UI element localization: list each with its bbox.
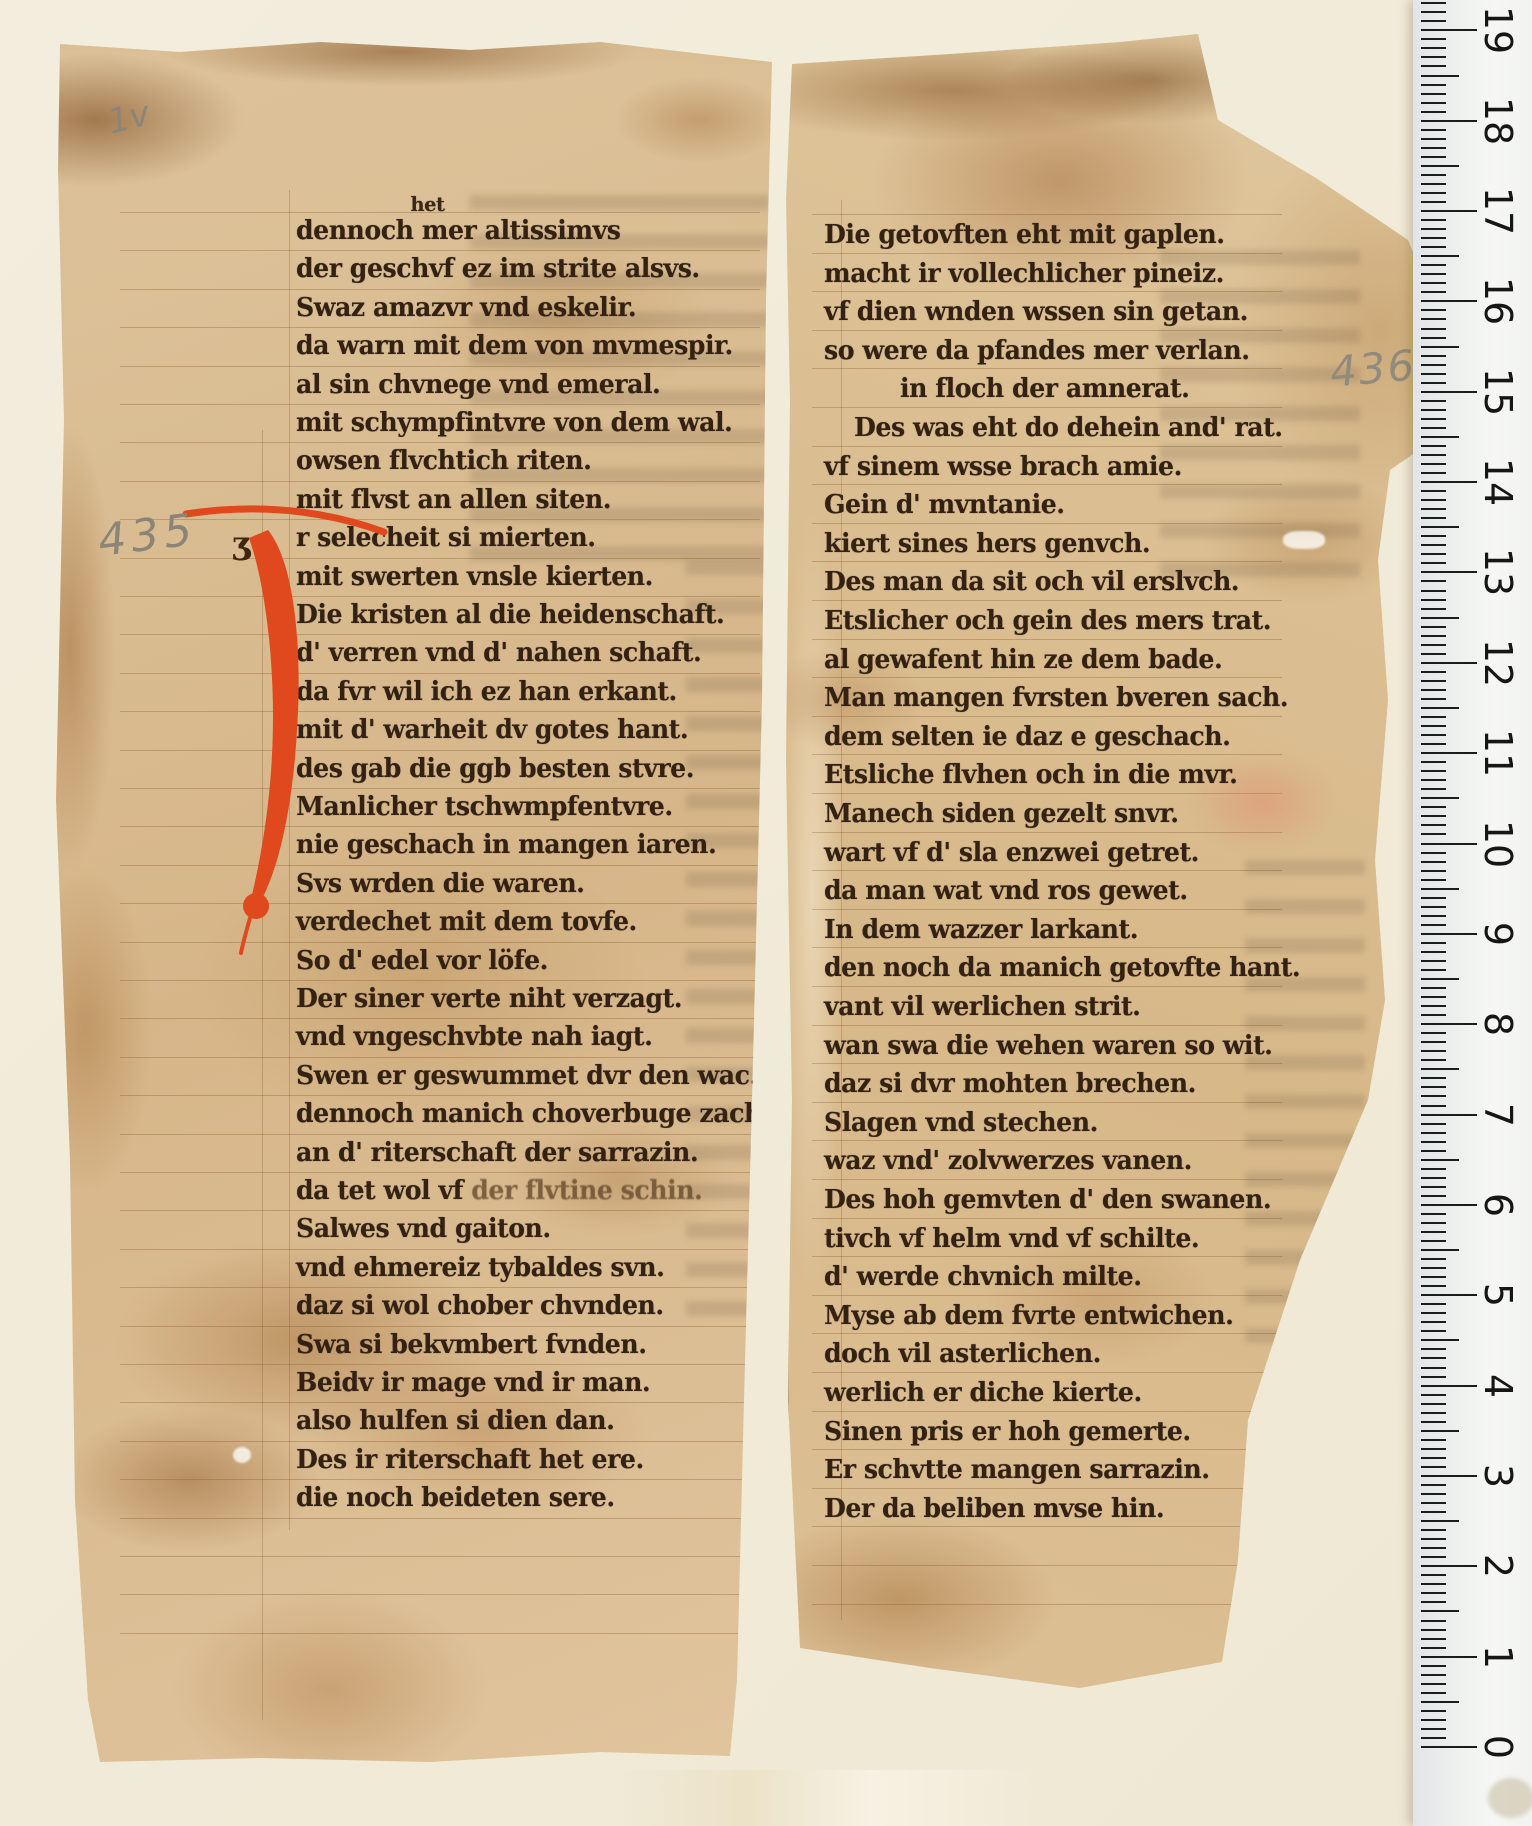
ruler-tick [1421, 156, 1446, 158]
ruler-tick [1421, 1086, 1446, 1088]
ruler-tick [1421, 337, 1446, 339]
ruler-tick [1421, 1448, 1446, 1450]
ruler-tick [1421, 1059, 1446, 1061]
ruler-tick [1421, 1231, 1446, 1233]
ruler-tick [1421, 996, 1446, 998]
ruler-tick [1421, 897, 1446, 899]
ruler-tick [1421, 400, 1446, 402]
ruler-tick [1421, 1330, 1446, 1332]
ruler-tick [1421, 192, 1446, 194]
ruler-tick [1421, 481, 1477, 483]
ruler-tick [1421, 1592, 1446, 1594]
ruler-tick [1421, 355, 1446, 357]
ruler-tick [1421, 1141, 1446, 1143]
ruler-tick [1421, 391, 1477, 393]
ruler-tick [1421, 924, 1446, 926]
ruler-tick [1421, 1746, 1477, 1748]
ruler-label: 4 [1476, 1363, 1520, 1409]
ruler-tick [1421, 590, 1446, 592]
ruler-tick [1421, 1457, 1446, 1459]
ruler-tick [1421, 1204, 1477, 1206]
ruler-tick [1421, 1529, 1446, 1531]
ruler-tick [1421, 1656, 1477, 1658]
ruler-tick [1421, 1105, 1446, 1107]
ruler-tick [1421, 291, 1446, 293]
ruler-tick [1421, 526, 1459, 528]
ruler-tick [1421, 1421, 1446, 1423]
ruler-tick [1421, 490, 1446, 492]
ruler-tick [1421, 138, 1446, 140]
ruler-tick [1421, 1394, 1446, 1396]
ruler-tick [1421, 1159, 1459, 1161]
ruler-tick [1421, 942, 1446, 944]
ruler-tick [1421, 635, 1446, 637]
ruler-tick [1421, 1547, 1446, 1549]
ruler-label: 10 [1476, 821, 1520, 867]
ruler-tick [1421, 1357, 1446, 1359]
ruler-tick [1421, 472, 1446, 474]
ruler-tick [1421, 129, 1446, 131]
ruler-tick [1421, 1249, 1459, 1251]
ruler-tick [1421, 653, 1446, 655]
ruler-tick [1421, 915, 1446, 917]
ruler-tick [1421, 1466, 1446, 1468]
ruler-tick [1421, 309, 1446, 311]
ruler-tick [1421, 1674, 1446, 1676]
ruler-tick [1421, 698, 1446, 700]
ruler-tick [1421, 1367, 1446, 1369]
ruler-tick [1421, 734, 1446, 736]
ruler-tick [1421, 1168, 1446, 1170]
ruler-tick [1421, 680, 1446, 682]
ruler-tick [1421, 373, 1446, 375]
ruler-tick [1421, 1610, 1459, 1612]
ruler-tick [1421, 644, 1446, 646]
ruler-tick [1421, 1177, 1446, 1179]
ruler-tick [1421, 436, 1459, 438]
ruler-tick [1421, 1186, 1446, 1188]
ruler-tick [1421, 201, 1446, 203]
ruler-label: 11 [1476, 730, 1520, 776]
measuring-ruler: 012345678910111213141516171819 [1413, 0, 1532, 1826]
ruler-tick [1421, 111, 1446, 113]
ruler-tick [1421, 870, 1446, 872]
ruler-tick [1421, 1484, 1446, 1486]
ruler-tick [1421, 517, 1446, 519]
ruler-tick [1421, 1556, 1446, 1558]
ruler-tick [1421, 328, 1446, 330]
mat-seam [620, 1770, 1040, 1826]
ruler-tick [1421, 580, 1446, 582]
ruler-tick [1421, 183, 1446, 185]
ruler-tick [1421, 1276, 1446, 1278]
ruler-tick [1421, 1701, 1459, 1703]
ruler-tick [1421, 662, 1477, 664]
ruler-tick [1421, 987, 1446, 989]
ruler-tick [1421, 84, 1446, 86]
ruler-tick [1421, 716, 1446, 718]
ruler-tick [1421, 770, 1446, 772]
ruler-label: 7 [1476, 1092, 1520, 1138]
ruler-tick [1421, 1213, 1446, 1215]
ruler-label: 3 [1476, 1453, 1520, 1499]
ruler-tick [1421, 1339, 1459, 1341]
ruler-label: 9 [1476, 911, 1520, 957]
ruler-tick [1421, 47, 1446, 49]
ruler-tick [1421, 815, 1446, 817]
ruler-tick [1421, 1412, 1446, 1414]
ruler-tick [1421, 1647, 1446, 1649]
ruler-tick [1421, 255, 1459, 257]
ruler-tick [1421, 544, 1446, 546]
ruler-tick [1421, 843, 1477, 845]
ruler-tick [1421, 888, 1459, 890]
ruler-label: 6 [1476, 1182, 1520, 1228]
ruler-tick [1421, 969, 1446, 971]
ruler-tick [1421, 93, 1446, 95]
ruler-tick [1421, 210, 1477, 212]
ruler-label: 12 [1476, 640, 1520, 686]
ruler-tick [1421, 1574, 1446, 1576]
ruler-tick [1421, 1620, 1446, 1622]
ruler-tick [1421, 445, 1446, 447]
ruler-label: 0 [1476, 1724, 1520, 1770]
ruler-tick [1421, 599, 1446, 601]
ruler-tick [1421, 1439, 1446, 1441]
ruler-tick [1421, 75, 1459, 77]
ruler-tick [1421, 1629, 1446, 1631]
ruler-tick [1421, 29, 1477, 31]
ruler-tick [1421, 318, 1446, 320]
ruler-tick [1421, 499, 1446, 501]
ruler-tick [1421, 219, 1446, 221]
ruler-tick [1421, 788, 1446, 790]
ruler-tick [1421, 1267, 1446, 1269]
ruler-tick [1421, 1023, 1477, 1025]
ruler-tick [1421, 1710, 1446, 1712]
ruler-tick [1421, 409, 1446, 411]
ruler-tick [1421, 1258, 1446, 1260]
ruler-label: 1 [1476, 1634, 1520, 1680]
ruler-label: 5 [1476, 1272, 1520, 1318]
ruler-tick [1421, 102, 1446, 104]
ruler-tick [1421, 779, 1446, 781]
ruler-tick [1421, 1665, 1446, 1667]
ruler-tick [1421, 1005, 1446, 1007]
ruler-label: 18 [1476, 98, 1520, 144]
ruler-tick [1421, 300, 1477, 302]
ruler-tick [1421, 743, 1446, 745]
ruler-tick [1421, 1150, 1446, 1152]
ruler-tick [1421, 65, 1446, 67]
ruler-tick [1421, 671, 1446, 673]
ruler-tick [1421, 1303, 1446, 1305]
ruler-label: 16 [1476, 278, 1520, 324]
ruler-tick [1421, 1132, 1446, 1134]
ruler-tick [1421, 418, 1446, 420]
ruler-tick [1421, 2, 1446, 4]
ruler-tick [1421, 553, 1446, 555]
ruler-label: 13 [1476, 549, 1520, 595]
ruler-tick [1421, 978, 1459, 980]
ruler-tick [1421, 228, 1446, 230]
ruler-tick [1421, 346, 1459, 348]
ruler-tick [1421, 806, 1446, 808]
ruler-tick [1421, 1123, 1446, 1125]
ruler-tick [1421, 1502, 1446, 1504]
ruler-tick [1421, 20, 1446, 22]
ruler-tick [1421, 1683, 1446, 1685]
ruler-tick [1421, 617, 1459, 619]
ruler-tick [1421, 1403, 1446, 1405]
ruler-tick [1421, 1294, 1477, 1296]
ruler-tick [1421, 1041, 1446, 1043]
ruler-tick [1421, 824, 1446, 826]
ruler-tick [1421, 761, 1446, 763]
ruler-tick [1421, 1376, 1446, 1378]
ruler-tick [1421, 752, 1477, 754]
ruler-tick [1421, 861, 1446, 863]
ruling-line [788, 1000, 789, 1630]
ruler-tick [1421, 1050, 1446, 1052]
ruler-tick [1421, 1493, 1446, 1495]
ruler-tick [1421, 427, 1446, 429]
ruler-tick [1421, 1321, 1446, 1323]
ruler-tick [1421, 1719, 1446, 1721]
ruler-tick [1421, 1728, 1446, 1730]
manuscript-photo: dennoch mer altissimvshetder geschvf ez … [0, 0, 1532, 1826]
ruler-tick [1421, 562, 1446, 564]
ruler-tick [1421, 879, 1446, 881]
ruler-tick [1421, 1095, 1446, 1097]
ruler-tick [1421, 833, 1446, 835]
ruler-tick [1421, 1312, 1446, 1314]
ruler-tick [1421, 1520, 1459, 1522]
ruler-tick [1421, 1385, 1477, 1387]
ruler-tick [1421, 960, 1446, 962]
ruler-tick [1421, 852, 1446, 854]
ruler-tick [1421, 535, 1446, 537]
ruler-tick [1421, 571, 1477, 573]
ruler-tick [1421, 608, 1446, 610]
ruler-tick [1421, 1430, 1459, 1432]
ruler-tick [1421, 1475, 1477, 1477]
ruler-tick [1421, 454, 1446, 456]
ruler-tick [1421, 463, 1446, 465]
ruler-tick [1421, 1285, 1446, 1287]
ruler-tick [1421, 174, 1446, 176]
ruler-hole [1488, 1778, 1532, 1818]
ruler-tick [1421, 264, 1446, 266]
ruler-tick [1421, 1538, 1446, 1540]
ruler-tick [1421, 120, 1477, 122]
ruler-tick [1421, 626, 1446, 628]
ruler-tick [1421, 707, 1459, 709]
ruler-tick [1421, 725, 1446, 727]
ruler-tick [1421, 951, 1446, 953]
ruler-tick [1421, 1601, 1446, 1603]
ruler-tick [1421, 1114, 1477, 1116]
ruler-tick [1421, 282, 1446, 284]
ruler-label: 19 [1476, 7, 1520, 53]
ruler-tick [1421, 1240, 1446, 1242]
ruler-tick [1421, 1638, 1446, 1640]
ruler-tick [1421, 147, 1446, 149]
ruler-tick [1421, 1583, 1446, 1585]
ruler-label: 2 [1476, 1543, 1520, 1589]
ruler-tick [1421, 1737, 1446, 1739]
ruler-tick [1421, 1032, 1446, 1034]
ruler-tick [1421, 273, 1446, 275]
ruler-tick [1421, 689, 1446, 691]
ruler-tick [1421, 906, 1446, 908]
ruler-tick [1421, 165, 1459, 167]
ruler-tick [1421, 1014, 1446, 1016]
ruler-tick [1421, 1348, 1446, 1350]
ruler-tick [1421, 11, 1446, 13]
ruler-tick [1421, 933, 1477, 935]
ruler-tick [1421, 237, 1446, 239]
ruler-label: 14 [1476, 459, 1520, 505]
ruler-tick [1421, 508, 1446, 510]
ruler-label: 15 [1476, 369, 1520, 415]
ruler-label: 17 [1476, 188, 1520, 234]
ruler-tick [1421, 1511, 1446, 1513]
ruler-tick [1421, 382, 1446, 384]
ruler-tick [1421, 1077, 1446, 1079]
ruler-tick [1421, 1692, 1446, 1694]
ruler-tick [1421, 56, 1446, 58]
ruler-tick [1421, 364, 1446, 366]
ruler-tick [1421, 1222, 1446, 1224]
ruler-tick [1421, 1068, 1459, 1070]
ruler-tick [1421, 246, 1446, 248]
ruler-tick [1421, 38, 1446, 40]
ruler-tick [1421, 1565, 1477, 1567]
ruler-tick [1421, 797, 1459, 799]
ruler-tick [1421, 1195, 1446, 1197]
ruler-label: 8 [1476, 1001, 1520, 1047]
